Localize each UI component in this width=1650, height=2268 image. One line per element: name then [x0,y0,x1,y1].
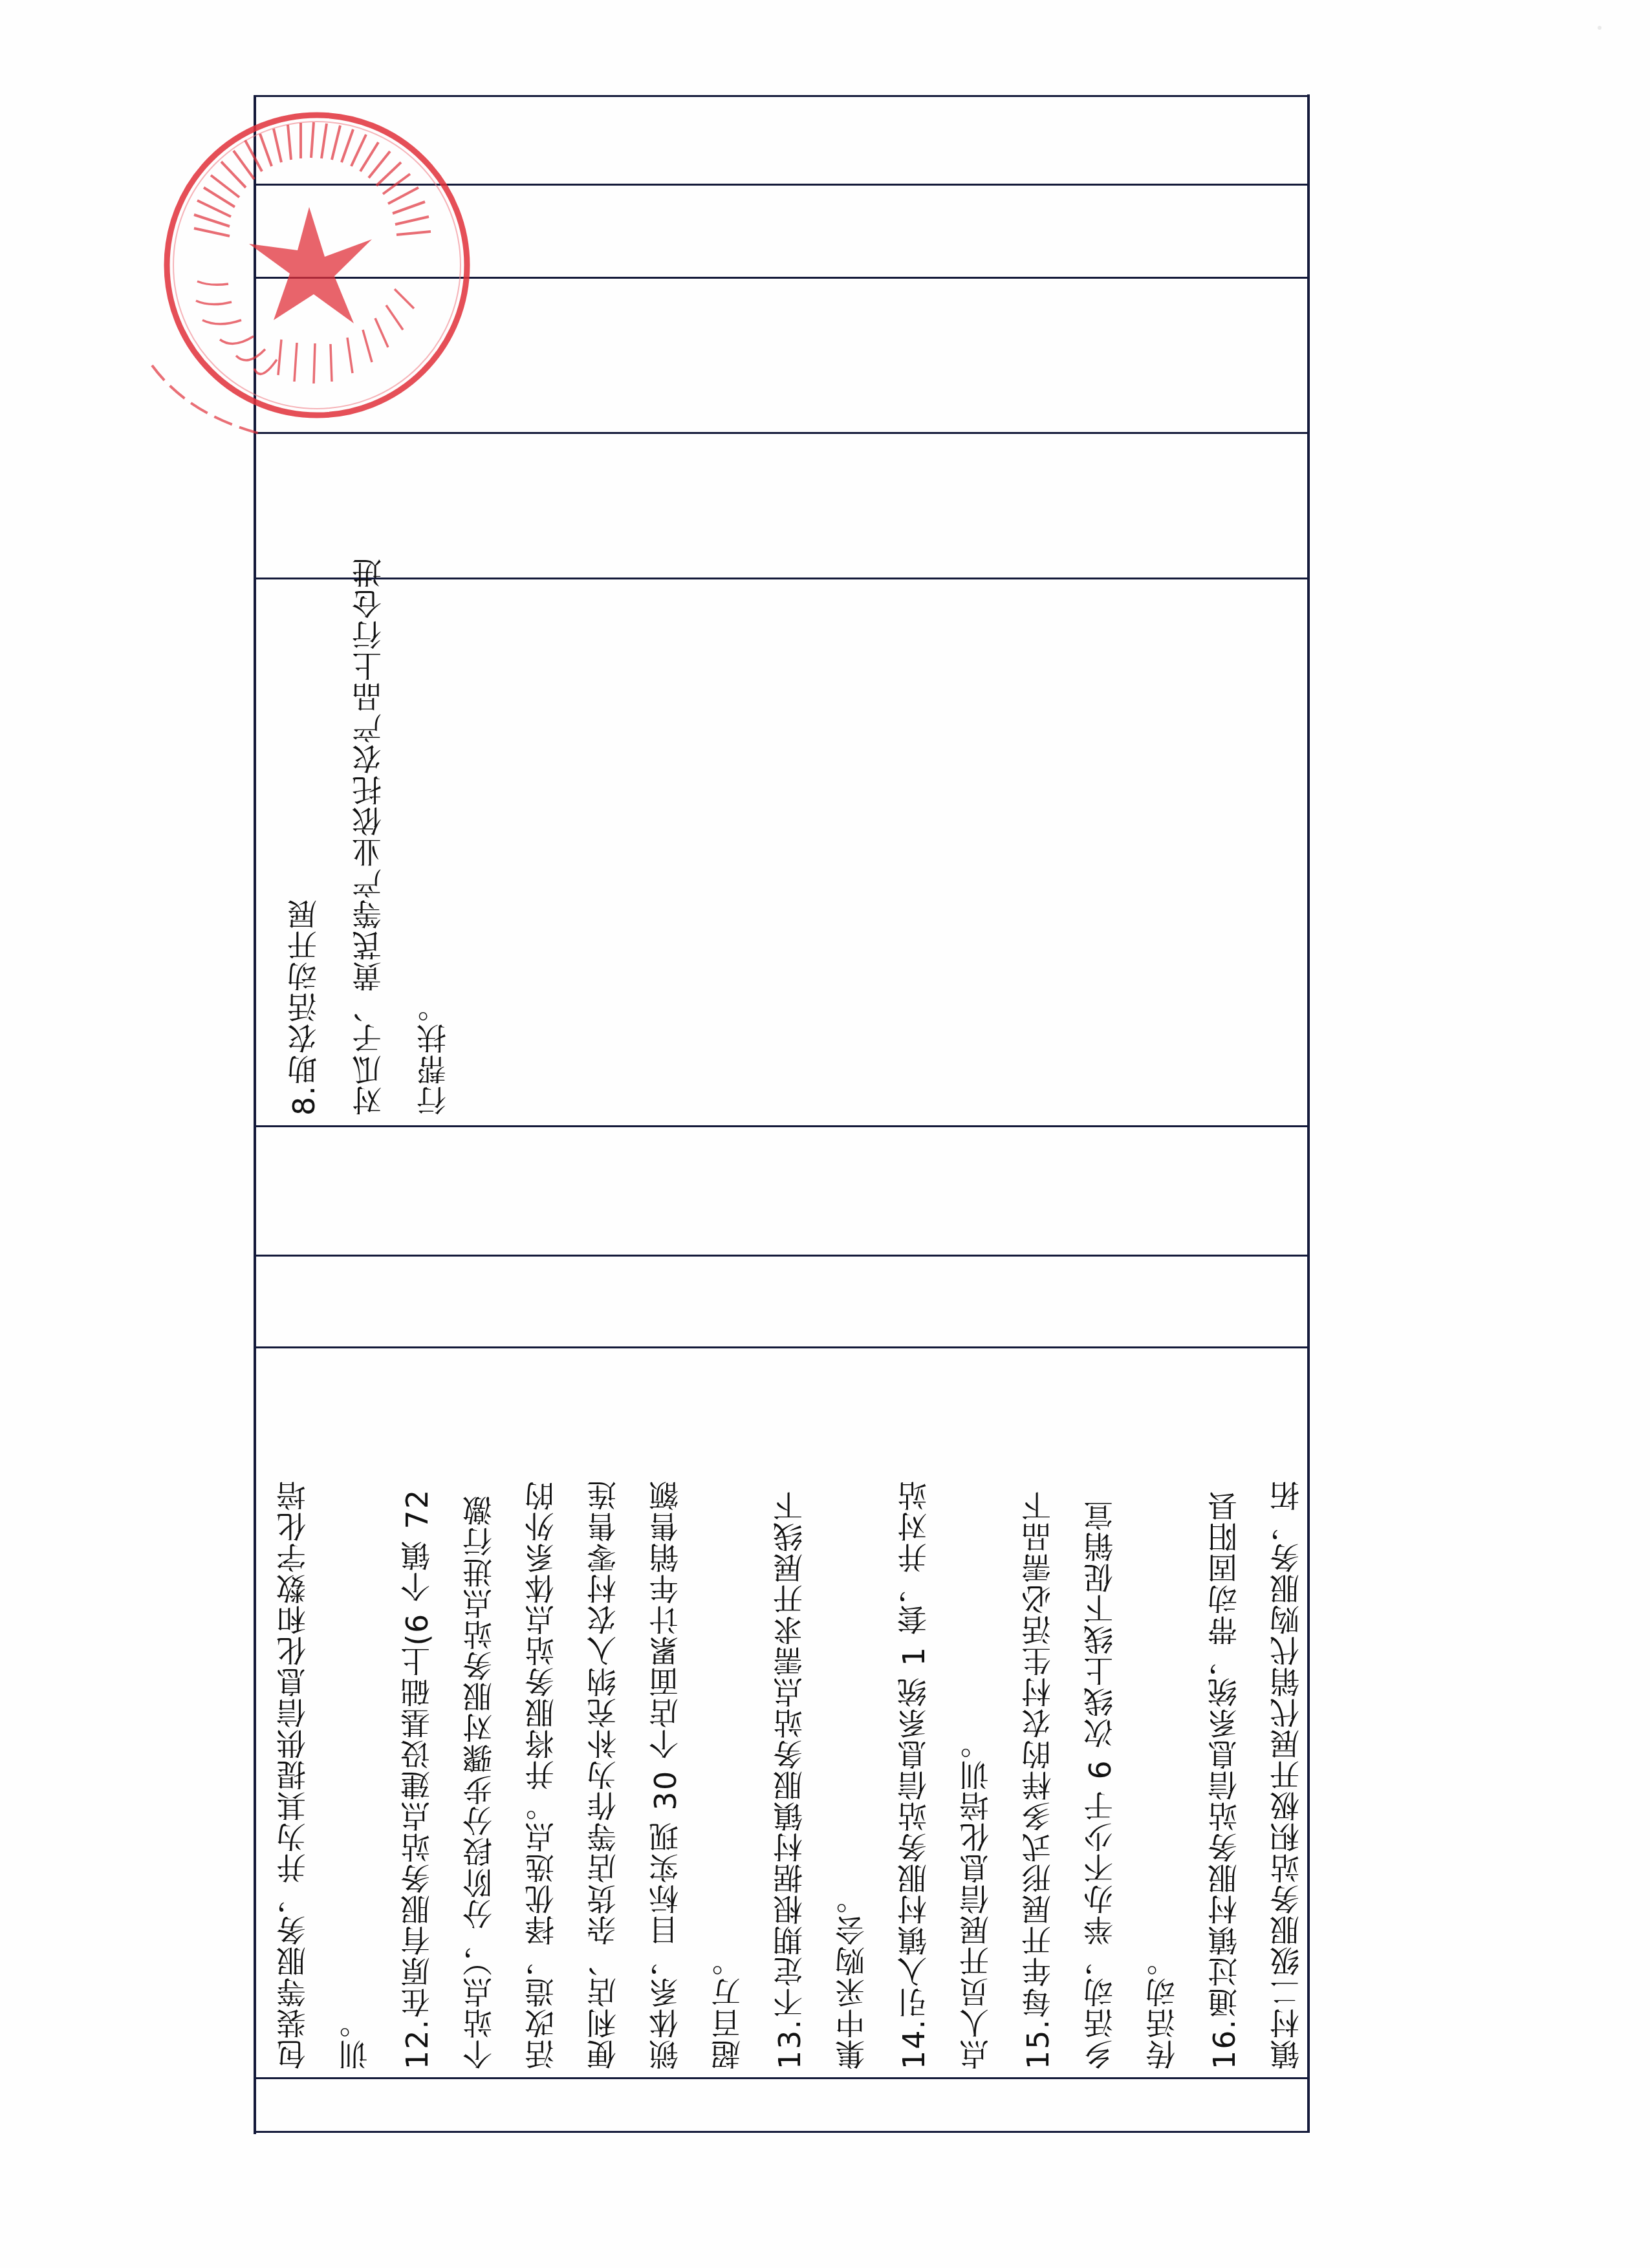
text-line: 传活动。 [1131,1355,1193,2069]
text-line: 13.不定期根据村镇服务站点需求开展线下 [759,1355,821,2069]
scanned-document-page: 8.助农活动开展 对瓜子、黄芪等产业依托农产品上行仓进 行帮扶。 包装等服务，并… [0,0,1650,2268]
text-line: 8.助农活动开展 [272,589,336,1116]
item-8-text: 8.助农活动开展 对瓜子、黄芪等产业依托农产品上行仓进 行帮扶。 [272,589,440,1116]
table-top-border [254,95,1310,97]
table-bottom-border [254,2131,1310,2133]
text-line: 镇村二级服务站积极开展代销代购服务，拓 [1255,1355,1318,2069]
table-row-divider [254,2077,1310,2079]
table-row-divider [254,1125,1310,1127]
text-line: 12.在原有服务站点建设基础上(6 个镇 72 [386,1355,448,2069]
text-line: 16.通过镇村服务站信息系统，带动固阳县 [1193,1355,1255,2069]
star-icon [249,207,372,323]
text-line: 15.每年开展形式多样的农村生活必需品下 [1007,1355,1069,2069]
items-12-16-text: 包装等服务，并为其提供信息化和数字化培 训。 12.在原有服务站点建设基础上(6… [262,1355,1310,2069]
text-line: 对瓜子、黄芪等产业依托农产品上行仓进 [336,589,401,1116]
text-line: 乡活动，举办不少于 6 次线上线下促销宣 [1069,1355,1131,2069]
text-line: 行帮扶。 [401,589,466,1116]
text-line: 超百万。 [697,1355,759,2069]
text-line: 个站点），分阶段分步骤对服务站点进行激 [448,1355,510,2069]
table-row-divider [254,1255,1310,1257]
text-line: 活改造，择优选点。并将服务站点体系外的 [510,1355,572,2069]
text-line: 便利店、杂货店等作为补充纳入农村零售连 [572,1355,635,2069]
text-line: 14.引入镇村服务站信息系统 1 套，并对站 [883,1355,945,2069]
scan-speck [1598,26,1601,30]
text-line: 锁体系，目标实现 30 个店面累计年销售额 [635,1355,697,2069]
text-line: 集中采购会。 [821,1355,883,2069]
text-line: 点人员开展信息化培训。 [945,1355,1007,2069]
table-row-divider [254,578,1310,579]
table-row-divider [254,432,1310,434]
seal-partial-arc-icon [149,362,265,440]
table-row-divider [254,1346,1310,1348]
text-line: 包装等服务，并为其提供信息化和数字化培 [262,1355,324,2069]
text-line: 训。 [324,1355,386,2069]
